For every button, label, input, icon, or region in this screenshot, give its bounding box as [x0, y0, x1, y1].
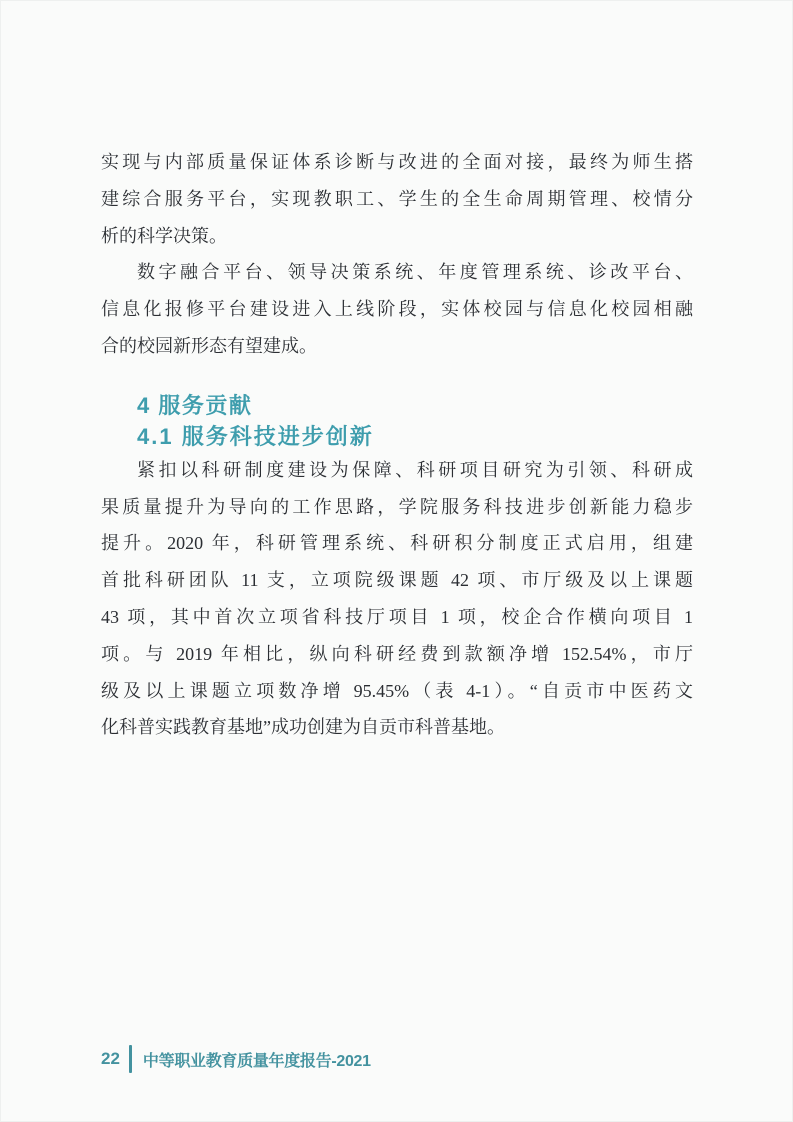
page-footer: 22 中等职业教育质量年度报告-2021 — [101, 1044, 371, 1074]
body-text-line: 实现与内部质量保证体系诊断与改进的全面对接，最终为师生搭 — [101, 144, 693, 181]
body-text-line: 建综合服务平台，实现教职工、学生的全生命周期管理、校情分 — [101, 181, 693, 218]
section-4-heading: 4 服务贡献 — [137, 390, 693, 421]
body-text-line: 级及以上课题立项数净增 95.45%（表 4-1）。“自贡市中医药文 — [101, 673, 693, 710]
footer-report-title: 中等职业教育质量年度报告-2021 — [143, 1048, 371, 1071]
body-text-line: 43 项，其中首次立项省科技厅项目 1 项，校企合作横向项目 1 — [101, 599, 693, 636]
body-text-line: 首批科研团队 11 支，立项院级课题 42 项、市厅级及以上课题 — [101, 562, 693, 599]
page-content: 实现与内部质量保证体系诊断与改进的全面对接，最终为师生搭 建综合服务平台，实现教… — [101, 144, 693, 746]
body-text-line: 合的校园新形态有望建成。 — [101, 328, 693, 365]
section-4-1-heading: 4.1 服务科技进步创新 — [137, 421, 693, 452]
body-text-line: 化科普实践教育基地”成功创建为自贡市科普基地。 — [101, 709, 693, 746]
body-text-line: 紧扣以科研制度建设为保障、科研项目研究为引领、科研成 — [101, 452, 693, 489]
page-number: 22 — [101, 1049, 120, 1069]
body-text-line: 果质量提升为导向的工作思路，学院服务科技进步创新能力稳步 — [101, 489, 693, 526]
body-text-line: 信息化报修平台建设进入上线阶段，实体校园与信息化校园相融 — [101, 291, 693, 328]
body-text-line: 数字融合平台、领导决策系统、年度管理系统、诊改平台、 — [101, 254, 693, 291]
report-page: 实现与内部质量保证体系诊断与改进的全面对接，最终为师生搭 建综合服务平台，实现教… — [0, 0, 793, 1122]
body-text-line: 析的科学决策。 — [101, 218, 693, 255]
footer-divider — [129, 1045, 132, 1073]
body-text-line: 项。与 2019 年相比，纵向科研经费到款额净增 152.54%，市厅 — [101, 636, 693, 673]
body-text-line: 提升。2020 年，科研管理系统、科研积分制度正式启用，组建 — [101, 525, 693, 562]
